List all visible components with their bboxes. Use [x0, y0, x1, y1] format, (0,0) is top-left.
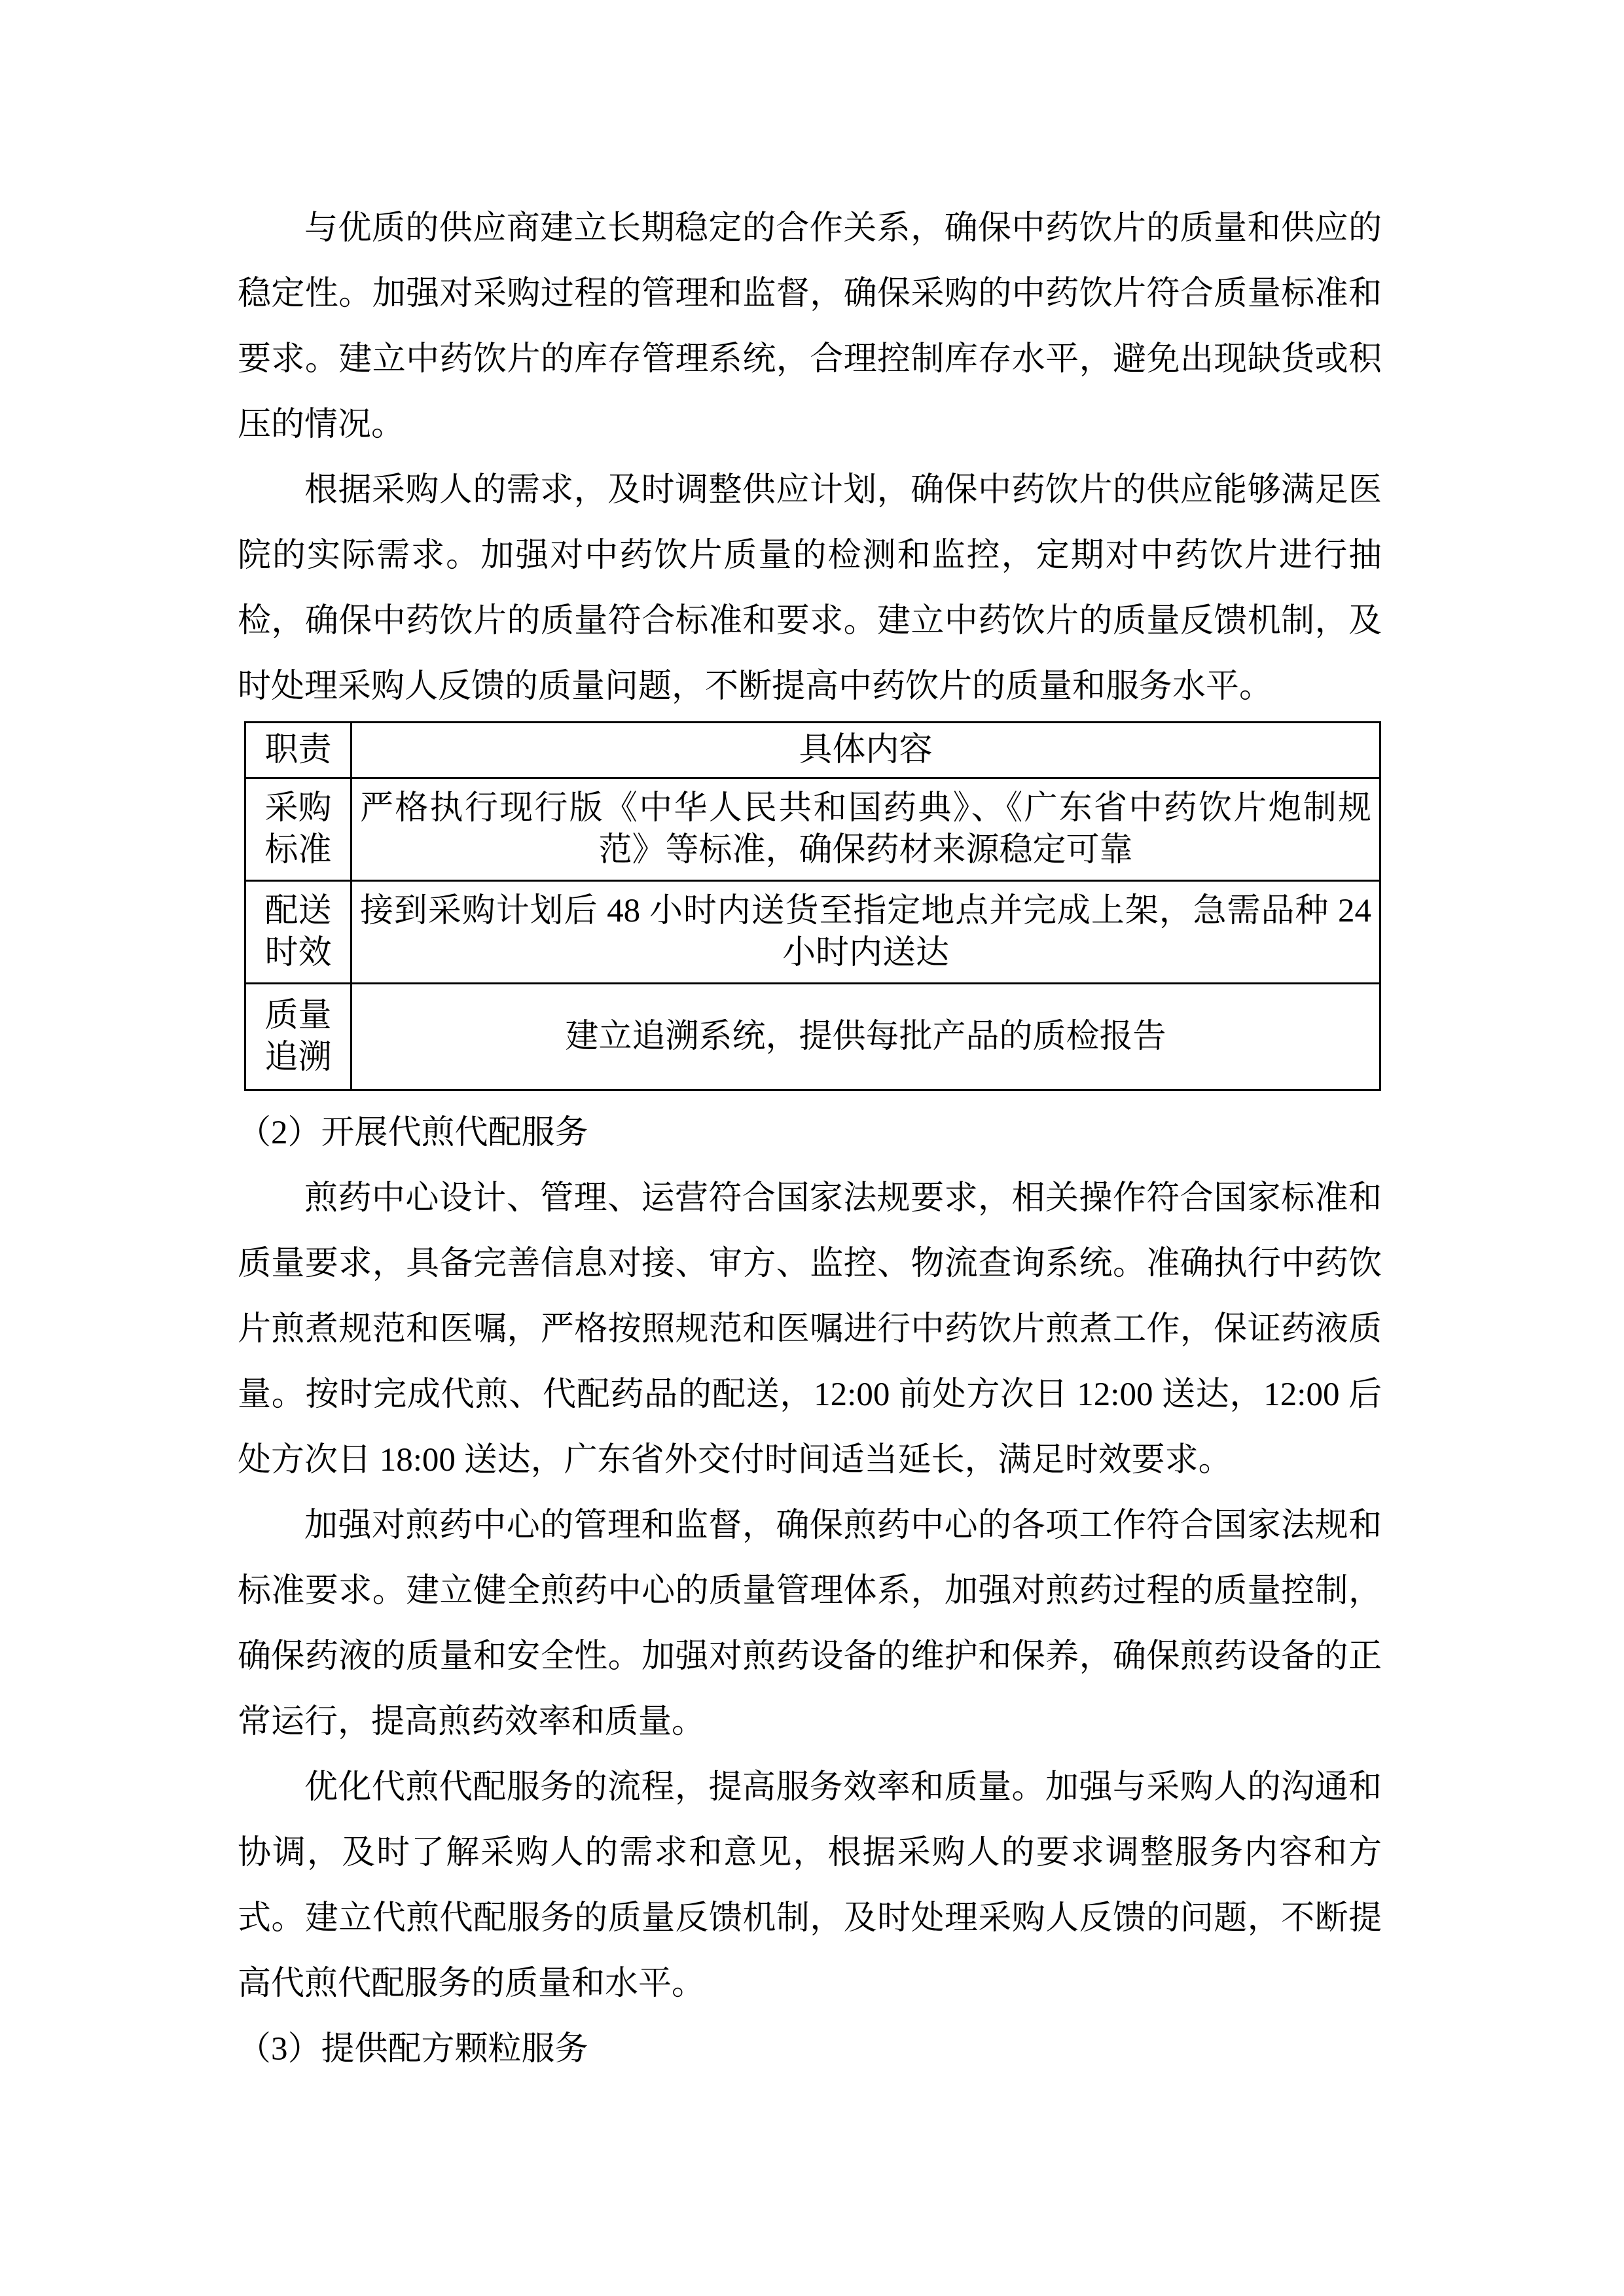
duty-cell-delivery-time: 配送 时效	[245, 881, 352, 984]
table-row-delivery-time: 配送 时效 接到采购计划后 48 小时内送货至指定地点并完成上架，急需品种 24…	[245, 881, 1380, 984]
paragraph-service-optimization: 优化代煎代配服务的流程，提高服务效率和质量。加强与采购人的沟通和协调，及时了解采…	[238, 1755, 1382, 2017]
section-heading-3: （3）提供配方颗粒服务	[238, 2017, 1382, 2082]
content-cell-procurement-standard: 严格执行现行版《中华人民共和国药典》、《广东省中药饮片炮制规范》等标准，确保药材…	[352, 778, 1380, 881]
table-header-content: 具体内容	[352, 723, 1380, 778]
section-heading-2: （2）开展代煎代配服务	[238, 1100, 1382, 1166]
table-header-duty: 职责	[245, 723, 352, 778]
paragraph-decoction-center: 煎药中心设计、管理、运营符合国家法规要求，相关操作符合国家标准和质量要求，具备完…	[238, 1166, 1382, 1493]
duty-cell-procurement-standard: 采购 标准	[245, 778, 352, 881]
document-content: 与优质的供应商建立长期稳定的合作关系，确保中药饮片的质量和供应的稳定性。加强对采…	[238, 196, 1382, 2082]
table-row-procurement-standard: 采购 标准 严格执行现行版《中华人民共和国药典》、《广东省中药饮片炮制规范》等标…	[245, 778, 1380, 881]
document-page: 与优质的供应商建立长期稳定的合作关系，确保中药饮片的质量和供应的稳定性。加强对采…	[0, 0, 1624, 2296]
table-header-row: 职责 具体内容	[245, 723, 1380, 778]
paragraph-supplier-relationship: 与优质的供应商建立长期稳定的合作关系，确保中药饮片的质量和供应的稳定性。加强对采…	[238, 196, 1382, 457]
content-cell-quality-trace: 建立追溯系统，提供每批产品的质检报告	[352, 984, 1380, 1090]
paragraph-decoction-supervision: 加强对煎药中心的管理和监督，确保煎药中心的各项工作符合国家法规和标准要求。建立健…	[238, 1493, 1382, 1755]
content-cell-delivery-time: 接到采购计划后 48 小时内送货至指定地点并完成上架，急需品种 24 小时内送达	[352, 881, 1380, 984]
duty-table: 职责 具体内容 采购 标准 严格执行现行版《中华人民共和国药典》、《广东省中药饮…	[244, 721, 1381, 1091]
duty-cell-quality-trace: 质量 追溯	[245, 984, 352, 1090]
table-row-quality-trace: 质量 追溯 建立追溯系统，提供每批产品的质检报告	[245, 984, 1380, 1090]
paragraph-supply-plan: 根据采购人的需求，及时调整供应计划，确保中药饮片的供应能够满足医院的实际需求。加…	[238, 457, 1382, 719]
